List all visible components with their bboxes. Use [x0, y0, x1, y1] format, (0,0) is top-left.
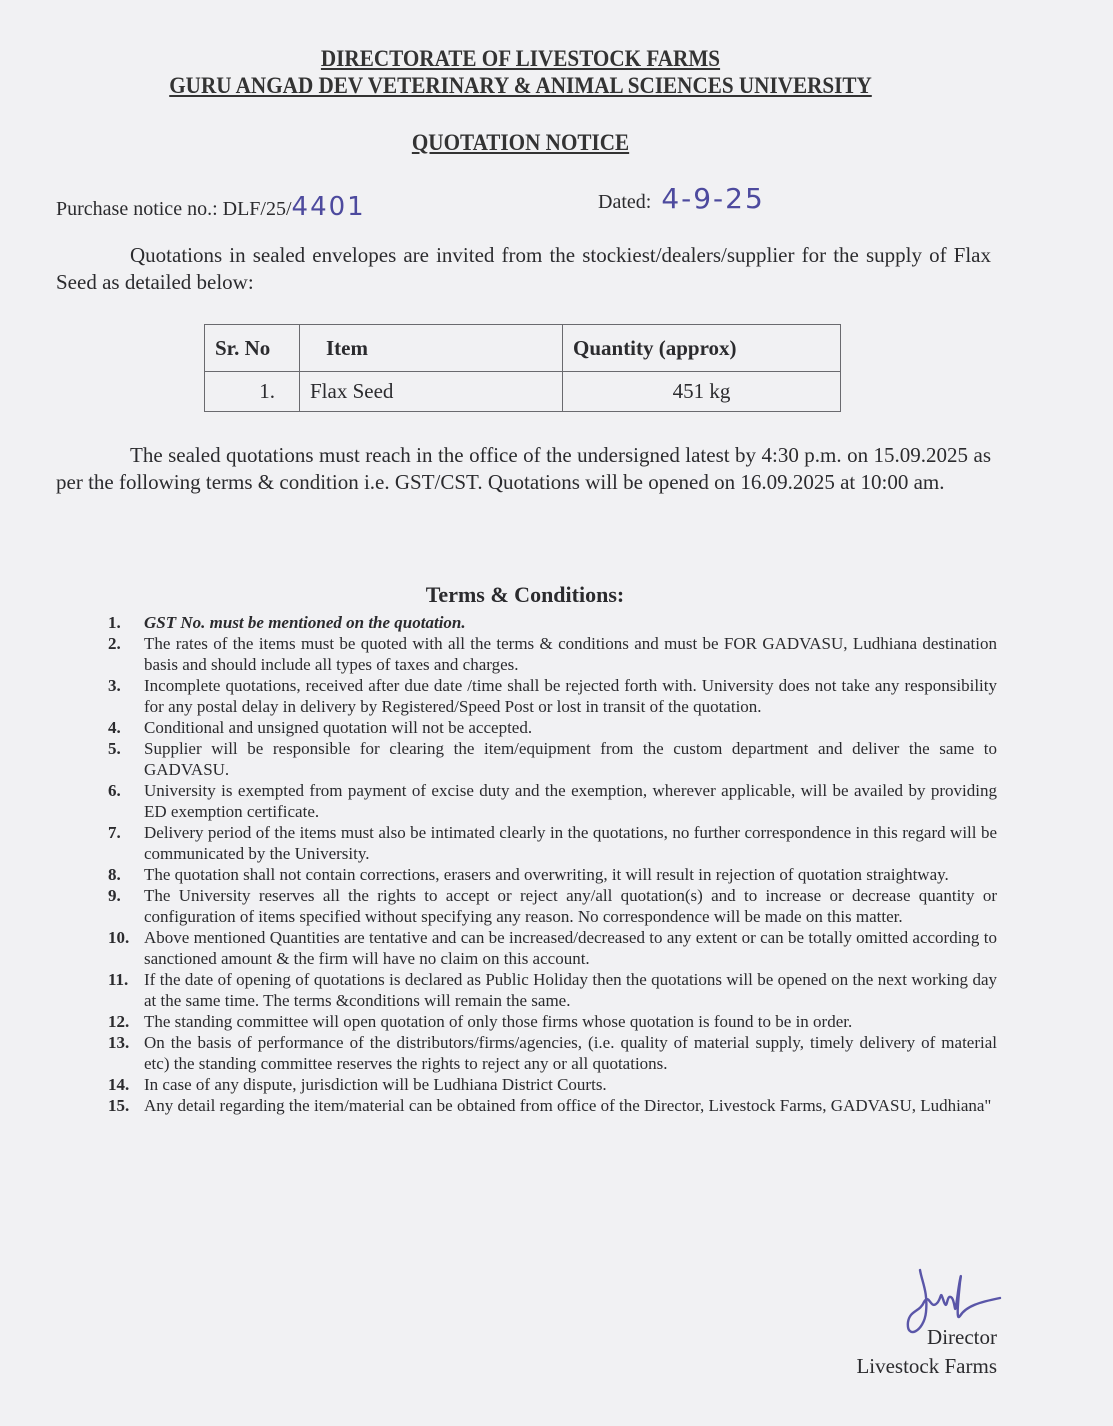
org-heading-line2: GURU ANGAD DEV VETERINARY & ANIMAL SCIEN…	[9, 73, 1033, 99]
header-item: Item	[300, 325, 563, 372]
term-item: 9.The University reserves all the rights…	[104, 885, 997, 927]
header-quantity: Quantity (approx)	[563, 325, 841, 372]
purchase-notice-label: Purchase notice no.: DLF/25/	[56, 198, 292, 220]
signatory-designation: Director	[0, 1325, 997, 1350]
term-item: 12.The standing committee will open quot…	[104, 1011, 997, 1032]
table-header-row: Sr. No Item Quantity (approx)	[205, 325, 841, 372]
cell-sr-no: 1.	[205, 372, 300, 412]
term-item: 10.Above mentioned Quantities are tentat…	[104, 927, 997, 969]
header-sr-no: Sr. No	[205, 325, 300, 372]
intro-text: Quotations in sealed envelopes are invit…	[56, 243, 991, 294]
dated-label: Dated:	[598, 191, 651, 213]
notice-title: QUOTATION NOTICE	[9, 130, 1033, 156]
term-item: 7.Delivery period of the items must also…	[104, 822, 997, 864]
notice-date: Dated:4-9-25	[598, 182, 765, 215]
term-item: 14.In case of any dispute, jurisdiction …	[104, 1074, 997, 1095]
term-item: 13.On the basis of performance of the di…	[104, 1032, 997, 1074]
deadline-text: The sealed quotations must reach in the …	[56, 443, 991, 494]
terms-title: Terms & Conditions:	[0, 582, 1050, 608]
term-item: 4.Conditional and unsigned quotation wil…	[104, 717, 997, 738]
term-item: 5.Supplier will be responsible for clear…	[104, 738, 997, 780]
deadline-paragraph: The sealed quotations must reach in the …	[56, 442, 991, 496]
cell-quantity: 451 kg	[563, 372, 841, 412]
cell-item: Flax Seed	[300, 372, 563, 412]
items-table: Sr. No Item Quantity (approx) 1. Flax Se…	[204, 324, 841, 412]
term-item: 15.Any detail regarding the item/materia…	[104, 1095, 997, 1116]
term-item: 1.GST No. must be mentioned on the quota…	[104, 612, 997, 633]
handwritten-date: 4-9-25	[661, 182, 764, 215]
terms-list: 1.GST No. must be mentioned on the quota…	[104, 612, 997, 1116]
signatory-office: Livestock Farms	[0, 1354, 997, 1379]
term-item: 3.Incomplete quotations, received after …	[104, 675, 997, 717]
org-heading-line1: DIRECTORATE OF LIVESTOCK FARMS	[9, 46, 1033, 72]
term-item: 11.If the date of opening of quotations …	[104, 969, 997, 1011]
term-item: 6.University is exempted from payment of…	[104, 780, 997, 822]
handwritten-notice-number: 4401	[292, 192, 366, 222]
quotation-notice-document: DIRECTORATE OF LIVESTOCK FARMS GURU ANGA…	[0, 0, 1113, 1426]
intro-paragraph: Quotations in sealed envelopes are invit…	[56, 242, 991, 296]
table-row: 1. Flax Seed 451 kg	[205, 372, 841, 412]
term-item: 8.The quotation shall not contain correc…	[104, 864, 997, 885]
purchase-notice-number: Purchase notice no.: DLF/25/4401	[56, 192, 366, 222]
term-item: 2.The rates of the items must be quoted …	[104, 633, 997, 675]
